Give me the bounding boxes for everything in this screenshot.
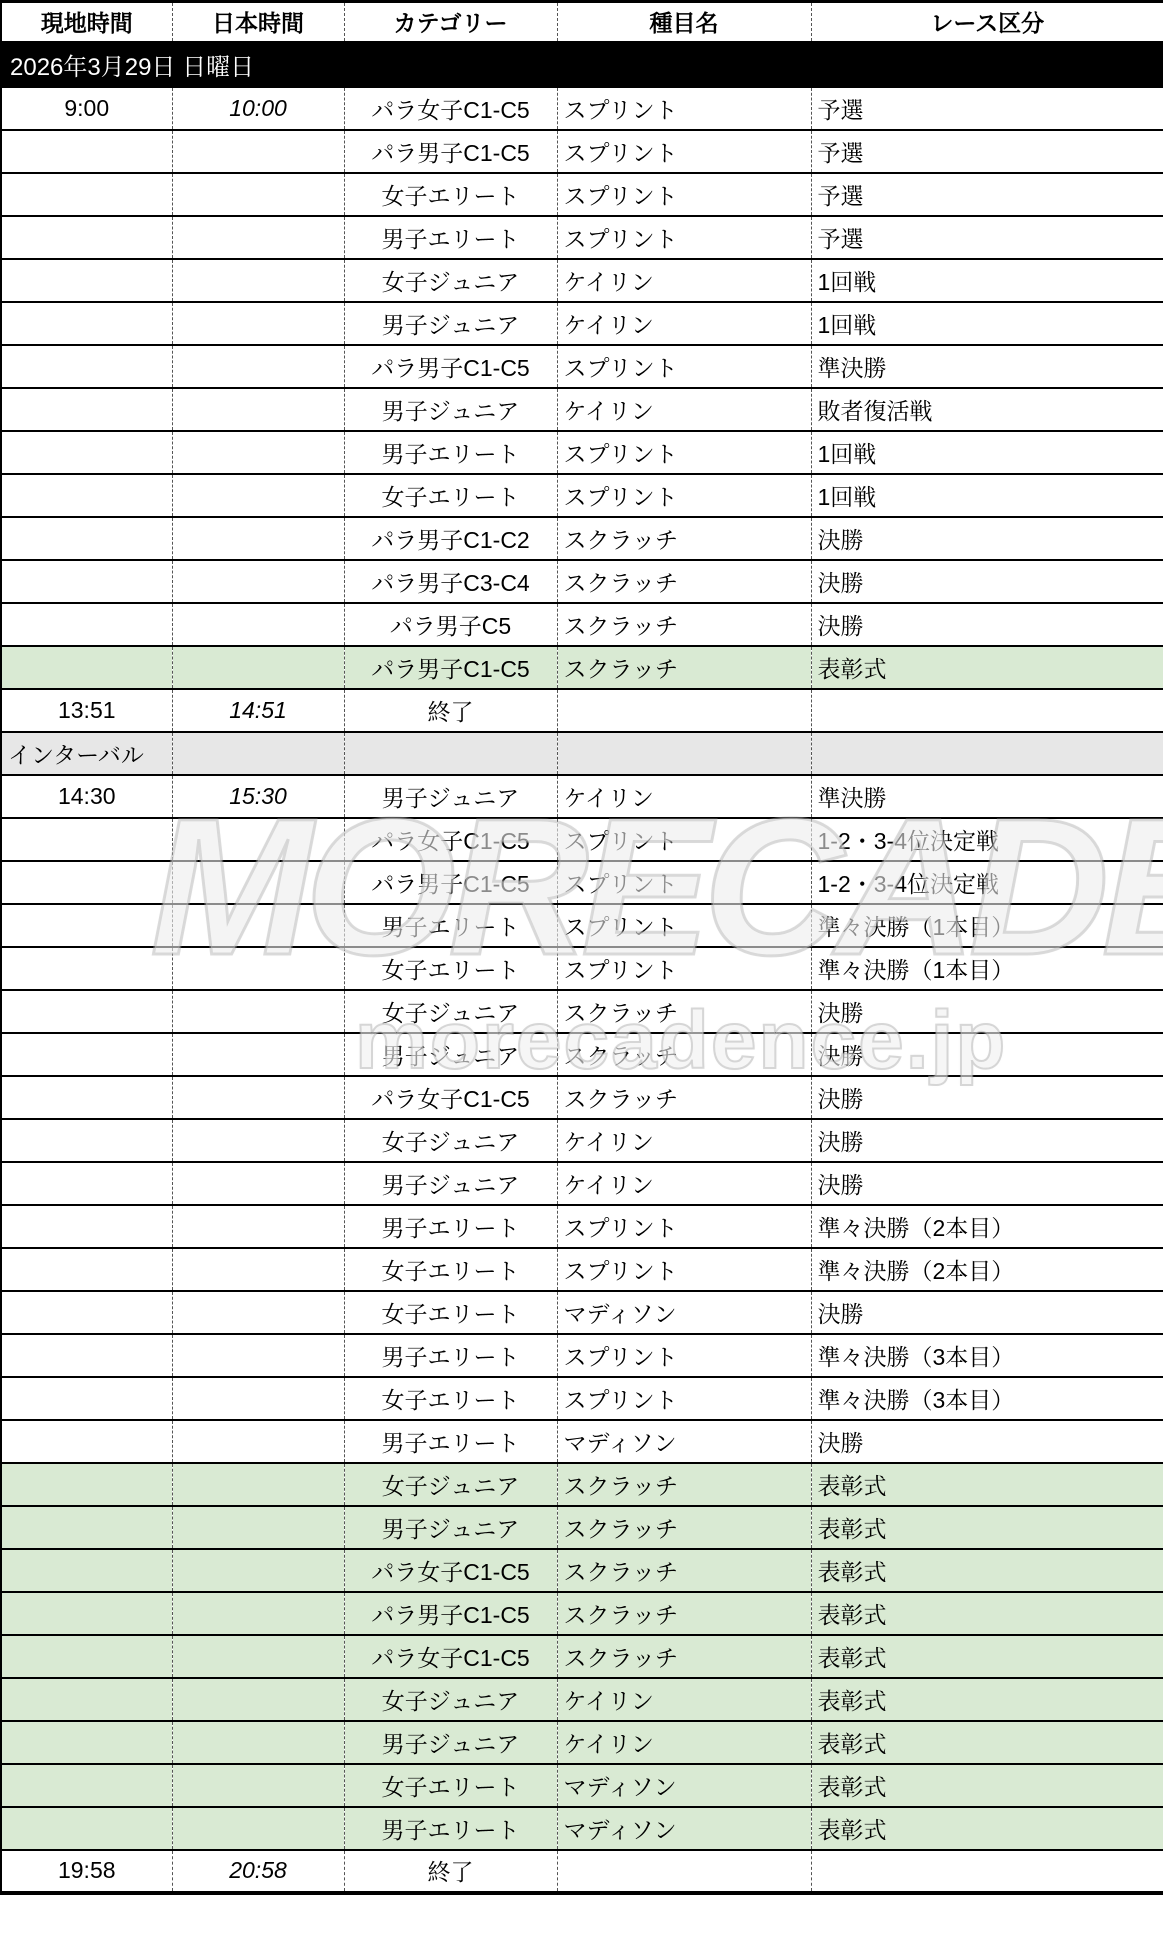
schedule-row: 女子エリートスプリント準々決勝（1本目）	[1, 947, 1163, 990]
cell-event: ケイリン	[557, 1678, 811, 1721]
cell-race-class: 表彰式	[811, 1463, 1163, 1506]
award-row: パラ女子C1-C5スクラッチ表彰式	[1, 1635, 1163, 1678]
cell-category: パラ男子C5	[344, 603, 557, 646]
cell-local-time	[1, 603, 172, 646]
schedule-row: パラ男子C3-C4スクラッチ決勝	[1, 560, 1163, 603]
cell-japan-time	[172, 345, 344, 388]
schedule-row: 女子ジュニアケイリン1回戦	[1, 259, 1163, 302]
cell-japan-time: 10:00	[172, 87, 344, 130]
schedule-row: 女子ジュニアスクラッチ決勝	[1, 990, 1163, 1033]
cell-local-time	[1, 1119, 172, 1162]
cell-local-time	[1, 1420, 172, 1463]
cell-event: ケイリン	[557, 388, 811, 431]
cell-japan-time	[172, 302, 344, 345]
cell-local-time	[1, 904, 172, 947]
cell-japan-time	[172, 861, 344, 904]
cell-local-time	[1, 947, 172, 990]
schedule-row: 男子ジュニアケイリン決勝	[1, 1162, 1163, 1205]
cell-category: パラ男子C1-C5	[344, 130, 557, 173]
cell-event: スプリント	[557, 87, 811, 130]
cell-local-time	[1, 1291, 172, 1334]
cell-local-time	[1, 560, 172, 603]
header-category: カテゴリー	[344, 2, 557, 42]
cell-local-time	[1, 216, 172, 259]
cell-race-class: 表彰式	[811, 1592, 1163, 1635]
award-row: パラ男子C1-C5スクラッチ表彰式	[1, 1592, 1163, 1635]
cell-local-time	[1, 1033, 172, 1076]
cell-race-class: 準々決勝（1本目）	[811, 947, 1163, 990]
award-row: 女子ジュニアケイリン表彰式	[1, 1678, 1163, 1721]
cell-japan-time: 20:58	[172, 1850, 344, 1893]
cell-local-time	[1, 990, 172, 1033]
date-banner: 2026年3月29日 日曜日	[1, 42, 1163, 87]
cell-race-class: 1-2・3-4位決定戦	[811, 861, 1163, 904]
cell-race-class: 決勝	[811, 990, 1163, 1033]
cell-category: 男子エリート	[344, 1807, 557, 1850]
cell-race-class: 準々決勝（3本目）	[811, 1334, 1163, 1377]
schedule-row: パラ女子C1-C5スクラッチ決勝	[1, 1076, 1163, 1119]
cell-local-time	[1, 1076, 172, 1119]
cell-local-time	[1, 474, 172, 517]
schedule-row: 男子エリートスプリント準々決勝（2本目）	[1, 1205, 1163, 1248]
cell-category: パラ女子C1-C5	[344, 1549, 557, 1592]
cell-race-class: 表彰式	[811, 1549, 1163, 1592]
cell-race-class: 表彰式	[811, 1678, 1163, 1721]
cell-event: ケイリン	[557, 1119, 811, 1162]
cell-japan-time	[172, 646, 344, 689]
cell-japan-time	[172, 1463, 344, 1506]
cell-race-class: 1回戦	[811, 431, 1163, 474]
cell-japan-time	[172, 388, 344, 431]
cell-japan-time	[172, 1506, 344, 1549]
cell-japan-time	[172, 173, 344, 216]
schedule-row: パラ男子C1-C5スプリント1-2・3-4位決定戦	[1, 861, 1163, 904]
end-row: 13:5114:51終了	[1, 689, 1163, 732]
cell-japan-time	[172, 1721, 344, 1764]
cell-local-time	[1, 1162, 172, 1205]
cell-race-class: 1回戦	[811, 302, 1163, 345]
cell-event: スクラッチ	[557, 1076, 811, 1119]
cell-japan-time	[172, 1334, 344, 1377]
schedule-row: 女子エリートマディソン決勝	[1, 1291, 1163, 1334]
cell-japan-time	[172, 1807, 344, 1850]
schedule-body: 9:0010:00パラ女子C1-C5スプリント予選パラ男子C1-C5スプリント予…	[1, 87, 1163, 1893]
header-race-class: レース区分	[811, 2, 1163, 42]
award-row: 女子エリートマディソン表彰式	[1, 1764, 1163, 1807]
cell-event: スプリント	[557, 431, 811, 474]
cell-local-time	[1, 646, 172, 689]
cell-category: 女子ジュニア	[344, 1678, 557, 1721]
cell-event: ケイリン	[557, 775, 811, 818]
cell-race-class: 準々決勝（3本目）	[811, 1377, 1163, 1420]
cell-local-time	[1, 1506, 172, 1549]
schedule-row: 女子エリートスプリント準々決勝（2本目）	[1, 1248, 1163, 1291]
cell-japan-time	[172, 1248, 344, 1291]
cell-event: マディソン	[557, 1764, 811, 1807]
cell-japan-time	[172, 1764, 344, 1807]
cell-category: 終了	[344, 1850, 557, 1893]
cell-japan-time	[172, 1377, 344, 1420]
cell-local-time: 14:30	[1, 775, 172, 818]
cell-race-class: 準決勝	[811, 345, 1163, 388]
cell-race-class: 準々決勝（1本目）	[811, 904, 1163, 947]
end-row: 19:5820:58終了	[1, 1850, 1163, 1893]
cell-japan-time: 15:30	[172, 775, 344, 818]
cell-event: スプリント	[557, 1334, 811, 1377]
award-row: 男子ジュニアスクラッチ表彰式	[1, 1506, 1163, 1549]
cell-japan-time	[172, 259, 344, 302]
cell-local-time	[1, 1377, 172, 1420]
cell-category: パラ男子C1-C2	[344, 517, 557, 560]
cell-race-class: 決勝	[811, 1076, 1163, 1119]
cell-category: 女子エリート	[344, 1248, 557, 1291]
award-row: パラ女子C1-C5スクラッチ表彰式	[1, 1549, 1163, 1592]
cell-category: 女子エリート	[344, 173, 557, 216]
schedule-row: 9:0010:00パラ女子C1-C5スプリント予選	[1, 87, 1163, 130]
cell-local-time	[1, 1549, 172, 1592]
cell-event: スプリント	[557, 1205, 811, 1248]
cell-local-time	[1, 431, 172, 474]
schedule-row: 男子エリートスプリント予選	[1, 216, 1163, 259]
cell-event: スクラッチ	[557, 1033, 811, 1076]
cell-race-class: 表彰式	[811, 1721, 1163, 1764]
cell-race-class: 予選	[811, 173, 1163, 216]
cell-event: スプリント	[557, 861, 811, 904]
schedule-table: 現地時間 日本時間 カテゴリー 種目名 レース区分 2026年3月29日 日曜日…	[0, 0, 1163, 1895]
cell-race-class: 表彰式	[811, 1506, 1163, 1549]
cell-category: 女子エリート	[344, 474, 557, 517]
cell-local-time	[1, 1764, 172, 1807]
cell-event: スクラッチ	[557, 517, 811, 560]
schedule-row: 男子エリートスプリント1回戦	[1, 431, 1163, 474]
cell-event: スプリント	[557, 474, 811, 517]
cell-category: 女子エリート	[344, 947, 557, 990]
cell-local-time	[1, 388, 172, 431]
cell-category: パラ男子C1-C5	[344, 345, 557, 388]
cell-race-class: 表彰式	[811, 1764, 1163, 1807]
cell-event: スクラッチ	[557, 1549, 811, 1592]
award-row: 男子エリートマディソン表彰式	[1, 1807, 1163, 1850]
cell-event	[557, 732, 811, 775]
cell-local-time: 19:58	[1, 1850, 172, 1893]
header-event: 種目名	[557, 2, 811, 42]
cell-category: 女子エリート	[344, 1377, 557, 1420]
cell-local-time	[1, 259, 172, 302]
cell-japan-time	[172, 1205, 344, 1248]
cell-race-class: 予選	[811, 130, 1163, 173]
cell-japan-time	[172, 1033, 344, 1076]
cell-category: パラ男子C1-C5	[344, 861, 557, 904]
cell-category: 男子エリート	[344, 1334, 557, 1377]
cell-race-class: 準々決勝（2本目）	[811, 1205, 1163, 1248]
cell-japan-time	[172, 130, 344, 173]
cell-race-class: 準決勝	[811, 775, 1163, 818]
cell-category: 男子エリート	[344, 904, 557, 947]
cell-race-class: 予選	[811, 216, 1163, 259]
cell-race-class: 1-2・3-4位決定戦	[811, 818, 1163, 861]
cell-event: スプリント	[557, 216, 811, 259]
cell-race-class: 決勝	[811, 517, 1163, 560]
cell-race-class	[811, 689, 1163, 732]
cell-race-class: 決勝	[811, 1420, 1163, 1463]
cell-event: スプリント	[557, 1377, 811, 1420]
cell-category: 女子ジュニア	[344, 1463, 557, 1506]
cell-race-class: 1回戦	[811, 259, 1163, 302]
cell-event: スクラッチ	[557, 603, 811, 646]
cell-local-time: 13:51	[1, 689, 172, 732]
cell-local-time	[1, 345, 172, 388]
cell-race-class	[811, 732, 1163, 775]
cell-local-time	[1, 1248, 172, 1291]
cell-japan-time	[172, 1291, 344, 1334]
cell-local-time	[1, 1635, 172, 1678]
cell-local-time	[1, 1592, 172, 1635]
schedule-row: 女子エリートスプリント1回戦	[1, 474, 1163, 517]
schedule-row: パラ男子C1-C5スプリント準決勝	[1, 345, 1163, 388]
cell-race-class: 決勝	[811, 1162, 1163, 1205]
cell-japan-time	[172, 1420, 344, 1463]
cell-event: スクラッチ	[557, 560, 811, 603]
cell-category: 女子ジュニア	[344, 259, 557, 302]
cell-category: パラ女子C1-C5	[344, 818, 557, 861]
cell-race-class: 表彰式	[811, 1807, 1163, 1850]
cell-japan-time	[172, 904, 344, 947]
cell-event: スクラッチ	[557, 1635, 811, 1678]
cell-japan-time	[172, 431, 344, 474]
cell-local-time	[1, 1721, 172, 1764]
header-row: 現地時間 日本時間 カテゴリー 種目名 レース区分	[1, 2, 1163, 42]
schedule-row: 男子エリートスプリント準々決勝（1本目）	[1, 904, 1163, 947]
cell-event	[557, 689, 811, 732]
cell-event: マディソン	[557, 1291, 811, 1334]
cell-category: 男子エリート	[344, 1205, 557, 1248]
cell-race-class	[811, 1850, 1163, 1893]
cell-category: パラ女子C1-C5	[344, 1076, 557, 1119]
cell-japan-time	[172, 818, 344, 861]
cell-event: ケイリン	[557, 259, 811, 302]
cell-event: スクラッチ	[557, 990, 811, 1033]
cell-category: 男子ジュニア	[344, 1506, 557, 1549]
schedule-header: 現地時間 日本時間 カテゴリー 種目名 レース区分 2026年3月29日 日曜日	[1, 2, 1163, 87]
cell-category: 男子ジュニア	[344, 1162, 557, 1205]
cell-race-class: 1回戦	[811, 474, 1163, 517]
cell-japan-time	[172, 732, 344, 775]
cell-event: スクラッチ	[557, 646, 811, 689]
cell-category: 女子ジュニア	[344, 990, 557, 1033]
cell-category: パラ女子C1-C5	[344, 1635, 557, 1678]
schedule-row: 14:3015:30男子ジュニアケイリン準決勝	[1, 775, 1163, 818]
cell-local-time	[1, 861, 172, 904]
cell-local-time	[1, 818, 172, 861]
cell-category: 女子エリート	[344, 1291, 557, 1334]
cell-japan-time	[172, 947, 344, 990]
cell-japan-time	[172, 1592, 344, 1635]
schedule-row: 男子ジュニアケイリン敗者復活戦	[1, 388, 1163, 431]
cell-japan-time	[172, 990, 344, 1033]
schedule-row: 男子エリートマディソン決勝	[1, 1420, 1163, 1463]
cell-japan-time	[172, 1162, 344, 1205]
cell-local-time	[1, 1678, 172, 1721]
cell-event: ケイリン	[557, 1162, 811, 1205]
cell-event: スプリント	[557, 947, 811, 990]
cell-event: スクラッチ	[557, 1592, 811, 1635]
cell-category: パラ女子C1-C5	[344, 87, 557, 130]
schedule-row: パラ男子C1-C5スプリント予選	[1, 130, 1163, 173]
cell-category: 男子エリート	[344, 1420, 557, 1463]
cell-race-class: 決勝	[811, 560, 1163, 603]
schedule-row: パラ男子C5スクラッチ決勝	[1, 603, 1163, 646]
header-japan-time: 日本時間	[172, 2, 344, 42]
cell-japan-time	[172, 1549, 344, 1592]
schedule-row: 女子エリートスプリント予選	[1, 173, 1163, 216]
cell-category: 男子ジュニア	[344, 775, 557, 818]
cell-event: マディソン	[557, 1807, 811, 1850]
cell-local-time	[1, 1463, 172, 1506]
cell-local-time	[1, 1807, 172, 1850]
schedule-row: 女子ジュニアケイリン決勝	[1, 1119, 1163, 1162]
cell-category: 男子エリート	[344, 431, 557, 474]
cell-race-class: 表彰式	[811, 646, 1163, 689]
cell-event: スプリント	[557, 130, 811, 173]
cell-japan-time	[172, 517, 344, 560]
award-row: パラ男子C1-C5スクラッチ表彰式	[1, 646, 1163, 689]
cell-race-class: 決勝	[811, 1119, 1163, 1162]
cell-race-class: 表彰式	[811, 1635, 1163, 1678]
cell-category: パラ男子C1-C5	[344, 1592, 557, 1635]
cell-event: スプリント	[557, 173, 811, 216]
cell-race-class: 決勝	[811, 1033, 1163, 1076]
cell-local-time	[1, 1334, 172, 1377]
cell-japan-time	[172, 1119, 344, 1162]
cell-race-class: 決勝	[811, 603, 1163, 646]
cell-japan-time	[172, 1076, 344, 1119]
cell-category: 男子ジュニア	[344, 302, 557, 345]
cell-category: 男子エリート	[344, 216, 557, 259]
cell-japan-time	[172, 560, 344, 603]
cell-category: 終了	[344, 689, 557, 732]
cell-event: スプリント	[557, 345, 811, 388]
cell-category	[344, 732, 557, 775]
award-row: 女子ジュニアスクラッチ表彰式	[1, 1463, 1163, 1506]
cell-local-time	[1, 302, 172, 345]
cell-event: スプリント	[557, 1248, 811, 1291]
cell-japan-time	[172, 1678, 344, 1721]
cell-local-time: インターバル	[1, 732, 172, 775]
cell-event: スプリント	[557, 818, 811, 861]
cell-local-time	[1, 173, 172, 216]
schedule-row: 男子ジュニアケイリン1回戦	[1, 302, 1163, 345]
cell-category: 男子ジュニア	[344, 1033, 557, 1076]
cell-local-time	[1, 130, 172, 173]
schedule-row: 女子エリートスプリント準々決勝（3本目）	[1, 1377, 1163, 1420]
cell-japan-time	[172, 216, 344, 259]
cell-japan-time	[172, 603, 344, 646]
schedule-row: 男子エリートスプリント準々決勝（3本目）	[1, 1334, 1163, 1377]
cell-race-class: 準々決勝（2本目）	[811, 1248, 1163, 1291]
cell-category: 女子ジュニア	[344, 1119, 557, 1162]
cell-event: スプリント	[557, 904, 811, 947]
schedule-row: パラ女子C1-C5スプリント1-2・3-4位決定戦	[1, 818, 1163, 861]
schedule-row: 男子ジュニアスクラッチ決勝	[1, 1033, 1163, 1076]
cell-local-time: 9:00	[1, 87, 172, 130]
cell-race-class: 決勝	[811, 1291, 1163, 1334]
cell-race-class: 敗者復活戦	[811, 388, 1163, 431]
award-row: 男子ジュニアケイリン表彰式	[1, 1721, 1163, 1764]
cell-event: スクラッチ	[557, 1506, 811, 1549]
cell-race-class: 予選	[811, 87, 1163, 130]
date-banner-row: 2026年3月29日 日曜日	[1, 42, 1163, 87]
cell-category: 女子エリート	[344, 1764, 557, 1807]
cell-event: ケイリン	[557, 302, 811, 345]
cell-category: パラ男子C1-C5	[344, 646, 557, 689]
cell-japan-time: 14:51	[172, 689, 344, 732]
cell-japan-time	[172, 1635, 344, 1678]
cell-event: マディソン	[557, 1420, 811, 1463]
schedule-row: パラ男子C1-C2スクラッチ決勝	[1, 517, 1163, 560]
cell-category: 男子ジュニア	[344, 1721, 557, 1764]
interval-row: インターバル	[1, 732, 1163, 775]
cell-event: スクラッチ	[557, 1463, 811, 1506]
cell-category: 男子ジュニア	[344, 388, 557, 431]
cell-local-time	[1, 517, 172, 560]
cell-local-time	[1, 1205, 172, 1248]
cell-japan-time	[172, 474, 344, 517]
cell-category: パラ男子C3-C4	[344, 560, 557, 603]
header-local-time: 現地時間	[1, 2, 172, 42]
cell-event: ケイリン	[557, 1721, 811, 1764]
cell-event	[557, 1850, 811, 1893]
